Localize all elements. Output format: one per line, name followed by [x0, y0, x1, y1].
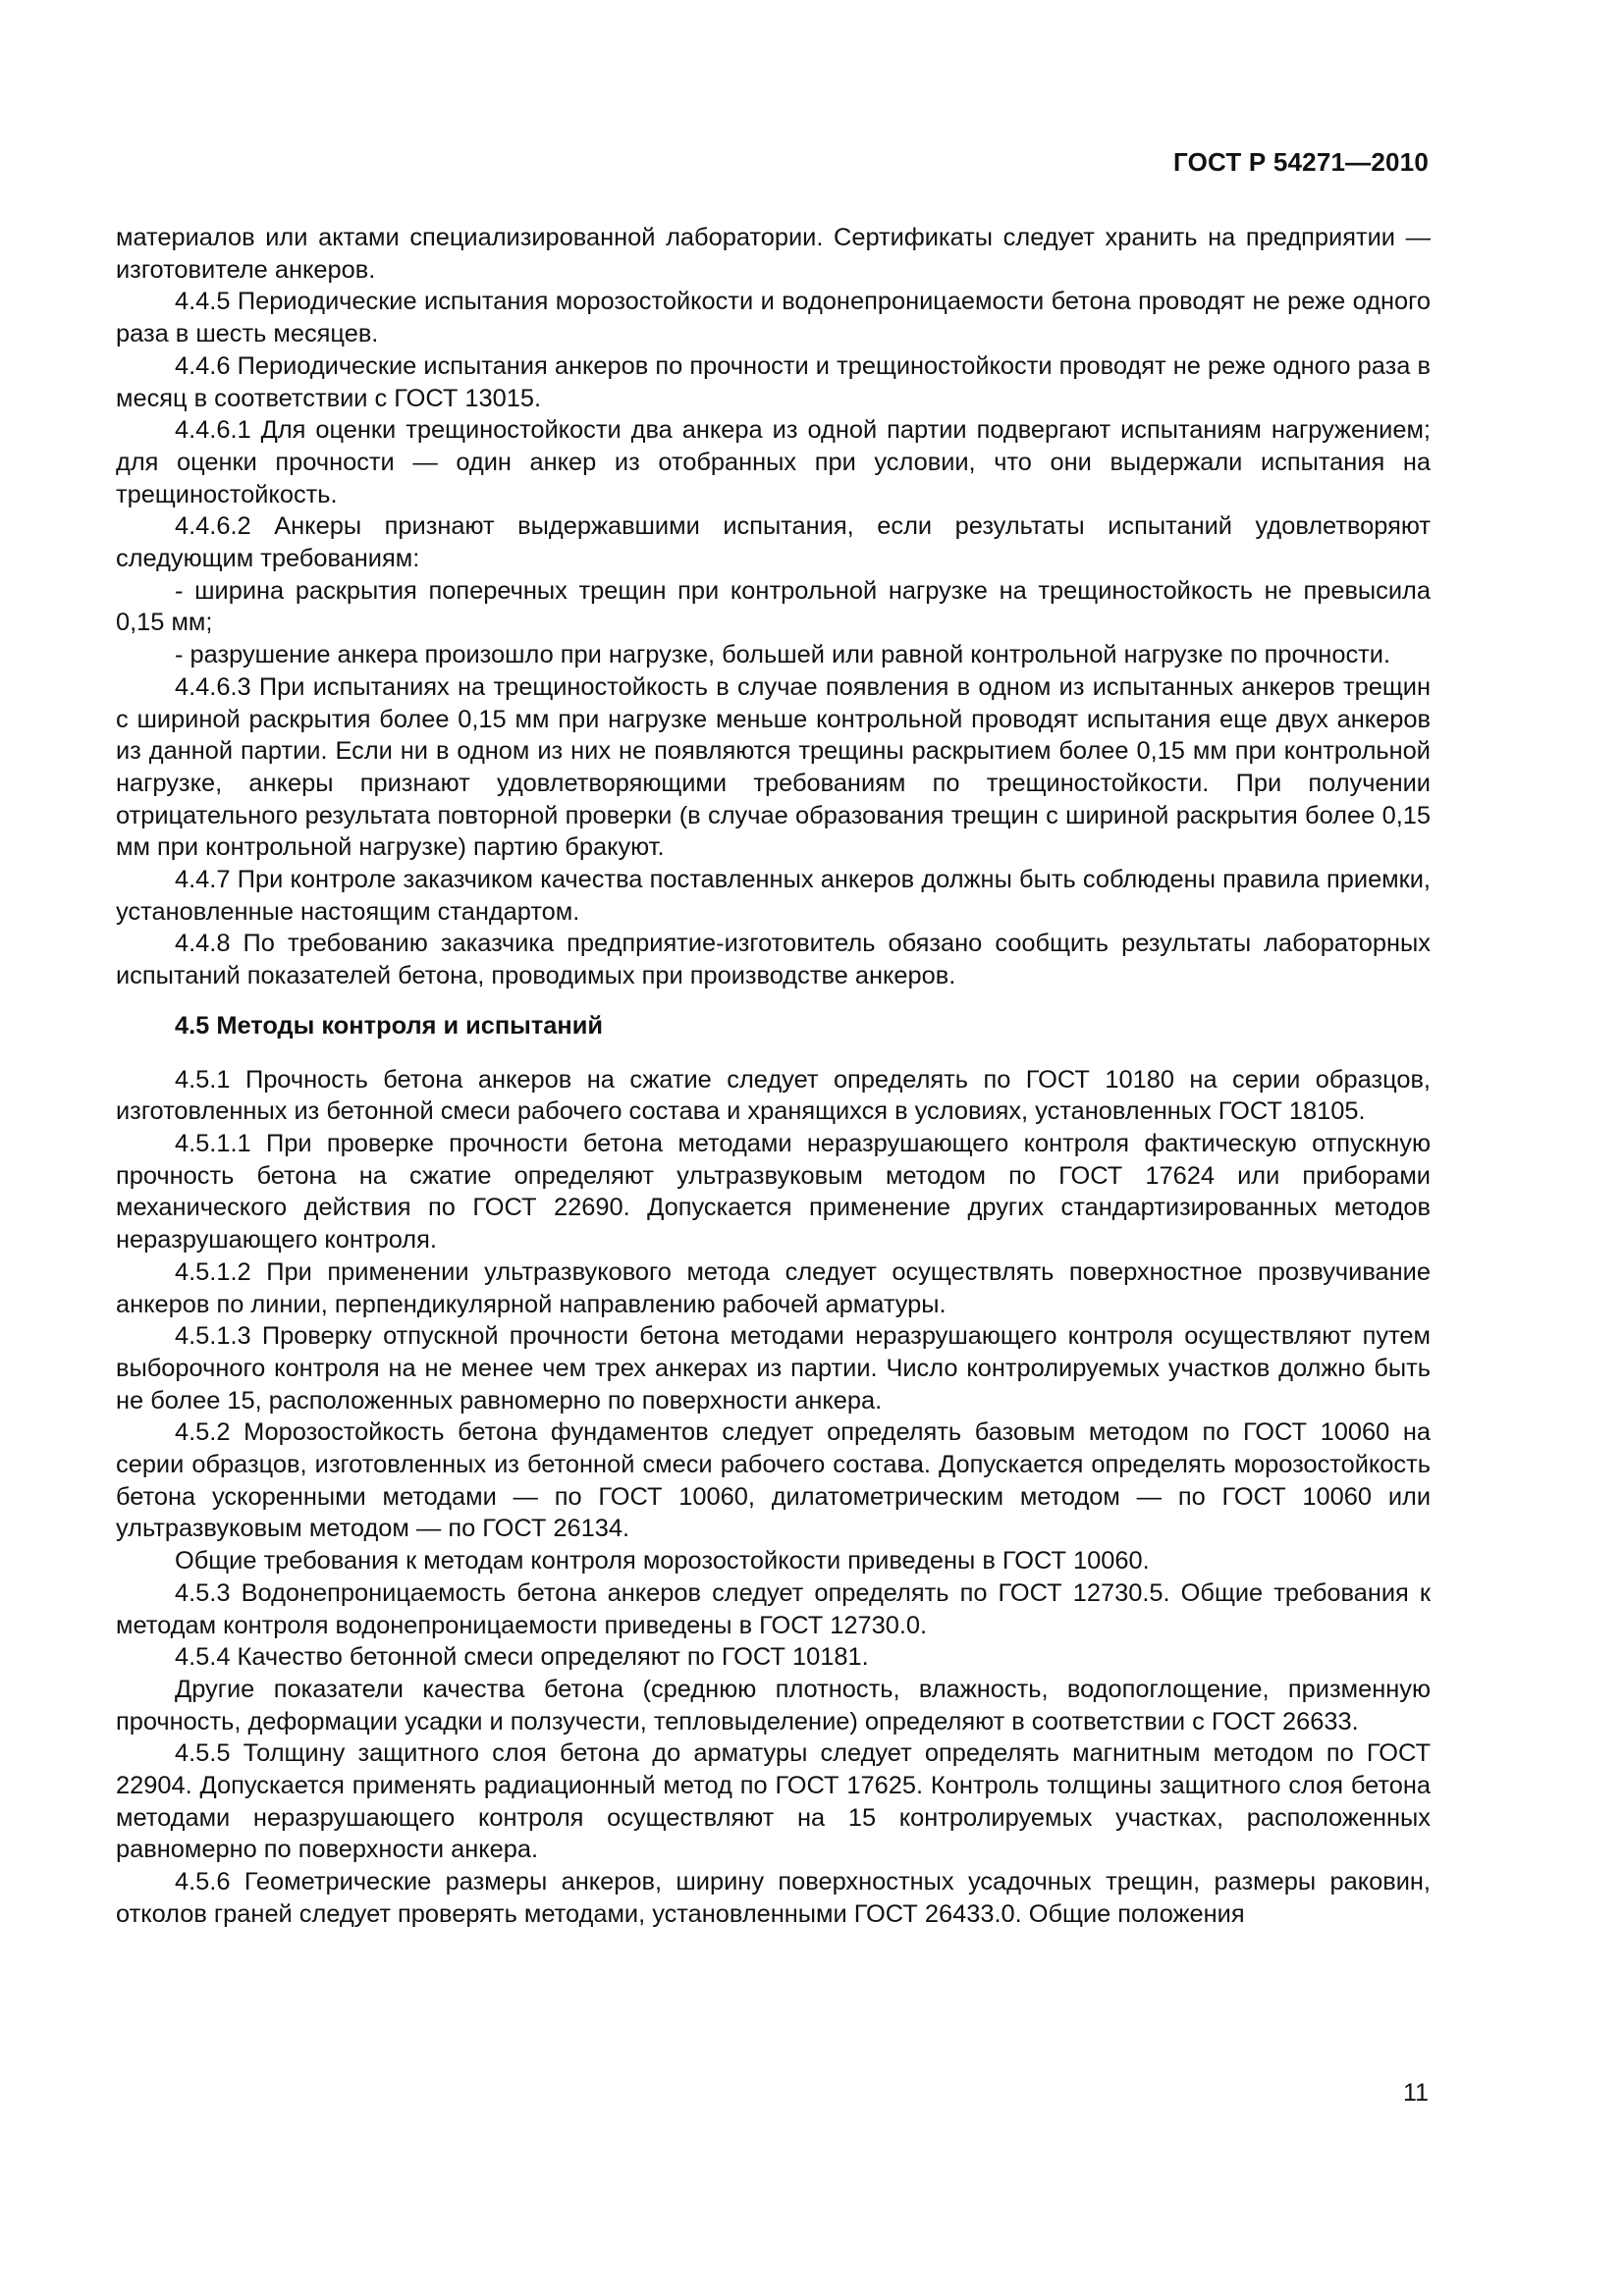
paragraph: 4.4.7 При контроле заказчиком качества п…: [116, 864, 1431, 928]
paragraph: 4.4.6.3 При испытаниях на трещиностойкос…: [116, 671, 1431, 864]
page-number: 11: [1403, 2079, 1429, 2108]
paragraph: Общие требования к методам контроля моро…: [116, 1545, 1431, 1577]
paragraph: Другие показатели качества бетона (средн…: [116, 1674, 1431, 1737]
paragraph: 4.5.2 Морозостойкость бетона фундаментов…: [116, 1416, 1431, 1545]
document-body: материалов или актами специализированной…: [116, 222, 1431, 1931]
paragraph: 4.4.6.2 Анкеры признают выдержавшими исп…: [116, 510, 1431, 574]
paragraphs-after-section: 4.5.1 Прочность бетона анкеров на сжатие…: [116, 1064, 1431, 1931]
paragraph: 4.5.1 Прочность бетона анкеров на сжатие…: [116, 1064, 1431, 1128]
paragraph: 4.4.6 Периодические испытания анкеров по…: [116, 350, 1431, 414]
paragraph: 4.5.4 Качество бетонной смеси определяют…: [116, 1641, 1431, 1674]
document-header-id: ГОСТ Р 54271—2010: [1173, 147, 1429, 178]
paragraph: 4.5.1.3 Проверку отпускной прочности бет…: [116, 1320, 1431, 1416]
paragraph: материалов или актами специализированной…: [116, 222, 1431, 286]
paragraph: 4.5.6 Геометрические размеры анкеров, ши…: [116, 1866, 1431, 1930]
paragraph: 4.4.8 По требованию заказчика предприяти…: [116, 928, 1431, 991]
paragraph: 4.5.3 Водонепроницаемость бетона анкеров…: [116, 1577, 1431, 1641]
paragraph: 4.4.6.1 Для оценки трещиностойкости два …: [116, 414, 1431, 510]
paragraph: 4.5.1.2 При применении ультразвукового м…: [116, 1256, 1431, 1320]
paragraph: - ширина раскрытия поперечных трещин при…: [116, 575, 1431, 639]
paragraph: - разрушение анкера произошло при нагруз…: [116, 639, 1431, 671]
section-heading: 4.5 Методы контроля и испытаний: [116, 1010, 1431, 1042]
paragraph: 4.5.5 Толщину защитного слоя бетона до а…: [116, 1737, 1431, 1866]
paragraph: 4.5.1.1 При проверке прочности бетона ме…: [116, 1128, 1431, 1256]
paragraphs-before-section: материалов или актами специализированной…: [116, 222, 1431, 992]
paragraph: 4.4.5 Периодические испытания морозостой…: [116, 286, 1431, 349]
